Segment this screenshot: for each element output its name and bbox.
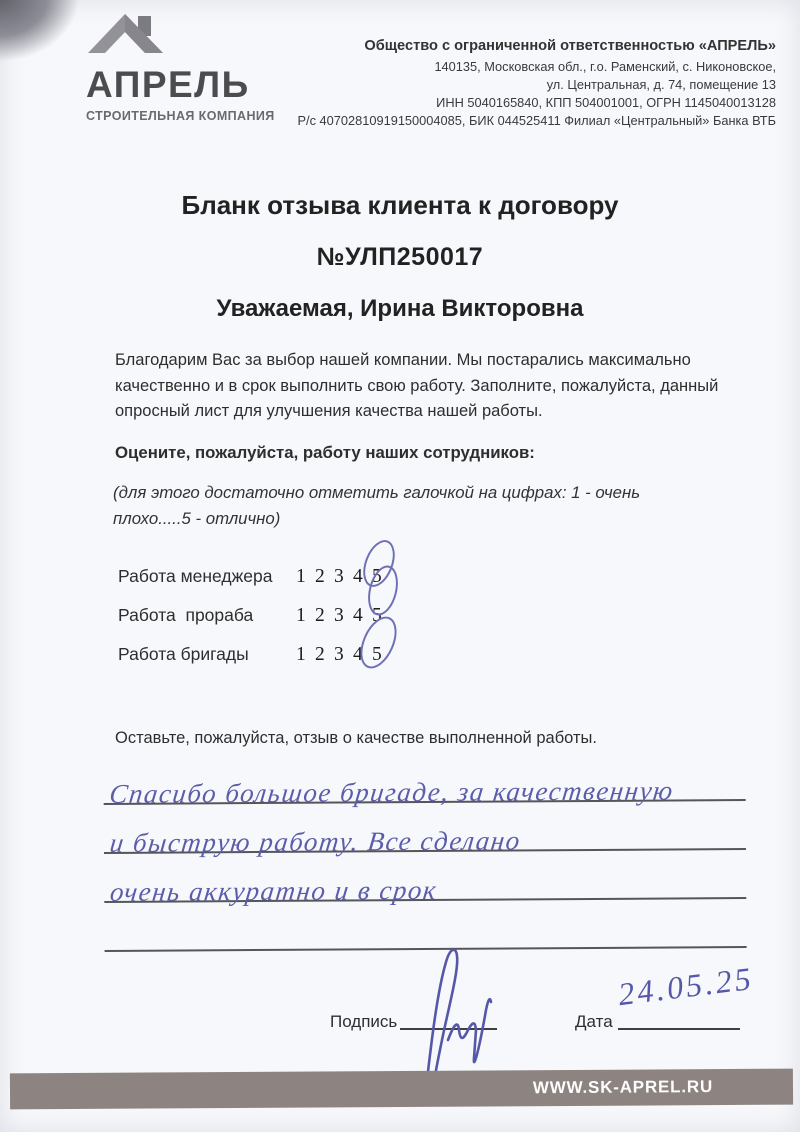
rating-digit: 1	[296, 605, 315, 627]
rate-prompt: Оцените, пожалуйста, работу наших сотруд…	[115, 443, 800, 463]
ruled-line: Спасибо большое бригаде, за качественную	[103, 752, 745, 805]
company-legal-name: Общество с ограниченной ответственностью…	[291, 37, 776, 55]
letterhead: АПРЕЛЬ СТРОИТЕЛЬНАЯ КОМПАНИЯ Общество с …	[0, 0, 800, 130]
logo-title: АПРЕЛЬ	[86, 66, 291, 105]
date-line	[618, 1028, 740, 1030]
rate-hint: (для этого достаточно отметить галочкой …	[113, 480, 711, 532]
rating-label: Работа менеджера	[118, 566, 296, 587]
company-bank-details: Р/с 40702810919150004085, БИК 044525411 …	[291, 112, 776, 130]
date-label: Дата	[575, 1012, 613, 1032]
roof-icon	[88, 12, 184, 62]
rating-label: Работа прораба	[118, 605, 296, 626]
date-handwriting: 24.05.25	[616, 959, 755, 1012]
review-prompt: Оставьте, пожалуйста, отзыв о качестве в…	[115, 729, 800, 748]
rating-label: Работа бригады	[118, 644, 296, 665]
rating-row: Работа менеджера12345	[118, 566, 800, 605]
rating-scale: 12345	[296, 644, 391, 666]
signature-label: Подпись	[330, 1012, 397, 1032]
review-handwriting-area: Спасибо большое бригаде, за качественную…	[103, 752, 746, 952]
rating-digit: 1	[296, 644, 315, 666]
footer-band: WWW.SK-APREL.RU	[10, 1069, 793, 1110]
ratings-list: Работа менеджера12345Работа прораба12345…	[118, 566, 800, 683]
rating-digit: 2	[315, 644, 334, 666]
company-address-line1: 140135, Московская обл., г.о. Раменский,…	[291, 58, 776, 76]
intro-paragraph: Благодарим Вас за выбор нашей компании. …	[115, 348, 749, 425]
company-registration: ИНН 5040165840, КПП 504001001, ОГРН 1145…	[291, 94, 776, 112]
rating-row: Работа бригады12345	[118, 644, 800, 683]
scanned-feedback-form: АПРЕЛЬ СТРОИТЕЛЬНАЯ КОМПАНИЯ Общество с …	[0, 0, 800, 1132]
rating-digit: 3	[334, 644, 353, 666]
rating-digit: 2	[315, 566, 334, 588]
form-title: Бланк отзыва клиента к договору	[0, 190, 800, 221]
company-details: Общество с ограниченной ответственностью…	[291, 12, 800, 130]
website-url: WWW.SK-APREL.RU	[533, 1077, 713, 1098]
ruled-line: и быструю работу. Все сделано	[104, 801, 746, 854]
company-logo: АПРЕЛЬ СТРОИТЕЛЬНАЯ КОМПАНИЯ	[86, 12, 291, 130]
rating-row: Работа прораба12345	[118, 605, 800, 644]
rating-digit: 5	[372, 644, 391, 666]
salutation: Уважаемая, Ирина Викторовна	[0, 295, 800, 323]
rating-digit: 2	[315, 605, 334, 627]
contract-number: №УЛП250017	[0, 243, 800, 272]
company-address-line2: ул. Центральная, д. 74, помещение 13	[291, 76, 776, 94]
logo-subtitle: СТРОИТЕЛЬНАЯ КОМПАНИЯ	[86, 109, 291, 123]
rating-digit: 3	[334, 605, 353, 627]
rating-digit: 3	[334, 566, 353, 588]
rating-digit: 1	[296, 566, 315, 588]
ruled-line: очень аккуратно и в срок	[104, 850, 746, 903]
